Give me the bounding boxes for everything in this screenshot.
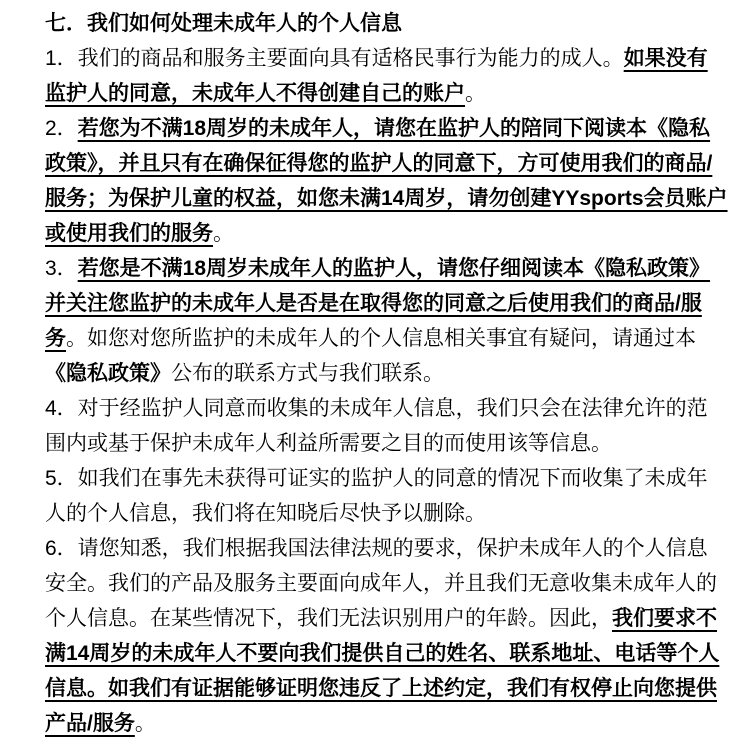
policy-paragraph: 1．我们的商品和服务主要面向具有适格民事行为能力的成人。如果没有监护人的同意，未… <box>45 41 728 111</box>
policy-paragraph: 6．请您知悉，我们根据我国法律法规的要求，保护未成年人的个人信息安全。我们的产品… <box>45 531 728 741</box>
text-segment: 5．如我们在事先未获得可证实的监护人的同意的情况下而收集了未成年人的个人信息，我… <box>45 467 708 525</box>
text-segment: 3． <box>45 257 78 280</box>
text-segment: 1．我们的商品和服务主要面向具有适格民事行为能力的成人。 <box>45 47 624 70</box>
policy-paragraph: 4．对于经监护人同意而收集的未成年人信息，我们只会在法律允许的范围内或基于保护未… <box>45 391 728 461</box>
text-segment: 公布的联系方式与我们联系。 <box>171 362 444 385</box>
policy-paragraphs: 1．我们的商品和服务主要面向具有适格民事行为能力的成人。如果没有监护人的同意，未… <box>45 41 728 741</box>
policy-paragraph: 2．若您为不满18周岁的未成年人，请您在监护人的陪同下阅读本《隐私政策》，并且只… <box>45 111 728 251</box>
emphasized-text-segment: 若您为不满18周岁的未成年人，请您在监护人的陪同下阅读本《隐私政策》，并且只有在… <box>45 117 728 245</box>
text-segment: 。 <box>135 712 156 735</box>
emphasized-text-segment: 《隐私政策》 <box>45 362 171 385</box>
text-segment: 2． <box>45 117 78 140</box>
privacy-policy-minors-section: 七．我们如何处理未成年人的个人信息 1．我们的商品和服务主要面向具有适格民事行为… <box>0 0 750 741</box>
policy-paragraph: 5．如我们在事先未获得可证实的监护人的同意的情况下而收集了未成年人的个人信息，我… <box>45 461 728 531</box>
text-segment: 。 <box>213 222 234 245</box>
policy-paragraph: 3．若您是不满18周岁未成年人的监护人，请您仔细阅读本《隐私政策》并关注您监护的… <box>45 251 728 391</box>
section-heading: 七．我们如何处理未成年人的个人信息 <box>45 6 728 41</box>
text-segment: 4．对于经监护人同意而收集的未成年人信息，我们只会在法律允许的范围内或基于保护未… <box>45 397 708 455</box>
text-segment: 。 <box>465 82 486 105</box>
text-segment: 。如您对您所监护的未成年人的个人信息相关事宜有疑问，请通过本 <box>66 327 696 350</box>
